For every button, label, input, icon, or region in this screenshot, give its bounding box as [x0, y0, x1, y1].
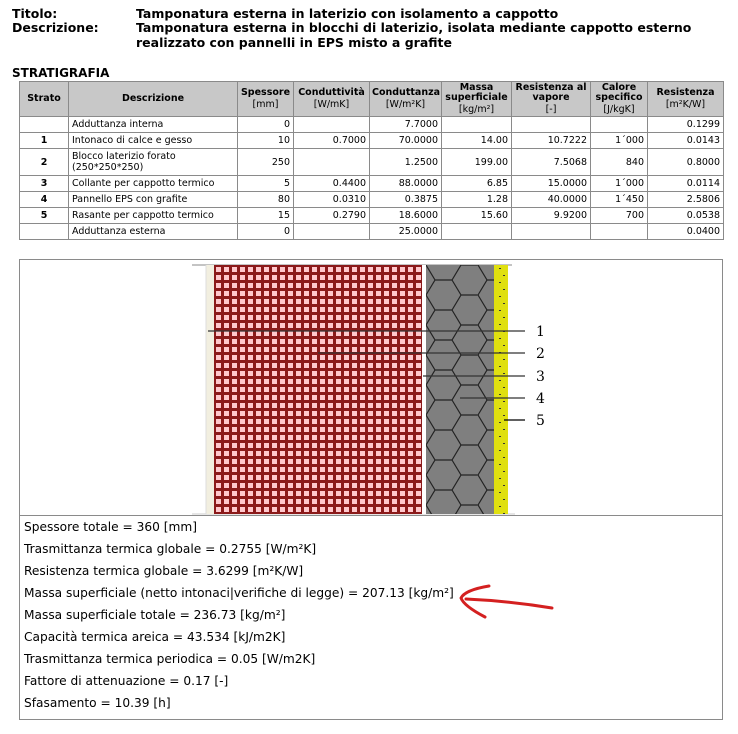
title-label: Titolo:: [12, 7, 57, 21]
cell-strato: 5: [20, 208, 69, 224]
cell-descrizione: Adduttanza esterna: [69, 224, 238, 240]
layer-label: 5: [536, 413, 545, 429]
cell-strato: [20, 224, 69, 240]
result-line: Resistenza termica globale = 3.6299 [m²K…: [24, 564, 303, 578]
column-header: Calore specifico[J/kgK]: [591, 82, 648, 117]
column-label: Resistenza al vapore: [516, 82, 587, 103]
cell-conduttanza: 88.0000: [370, 176, 442, 192]
description-line-2: realizzato con pannelli in EPS misto a g…: [136, 36, 726, 50]
cell-res-vapore: [512, 224, 591, 240]
result-line: Spessore totale = 360 [mm]: [24, 520, 197, 534]
cell-conduttanza: 70.0000: [370, 133, 442, 149]
cell-strato: 1: [20, 133, 69, 149]
result-line: Trasmittanza termica globale = 0.2755 [W…: [24, 542, 316, 556]
cell-resistenza: 0.0538: [648, 208, 724, 224]
column-label: Strato: [27, 93, 61, 104]
column-label: Calore specifico: [596, 82, 643, 103]
cell-conduttanza: 7.7000: [370, 117, 442, 133]
column-header: Descrizione: [69, 82, 238, 117]
stratigraphy-diagram: 12345: [19, 259, 723, 516]
cell-resistenza: 2.5806: [648, 192, 724, 208]
cell-spessore: 80: [238, 192, 294, 208]
cell-conduttivita: 0.7000: [294, 133, 370, 149]
column-header: Conduttività[W/mK]: [294, 82, 370, 117]
table-header-row: StratoDescrizioneSpessore[mm]Conduttivit…: [20, 82, 724, 117]
cell-calore: 840: [591, 149, 648, 176]
result-line: Capacità termica areica = 43.534 [kJ/m2K…: [24, 630, 285, 644]
column-label: Massa superficiale: [445, 82, 507, 103]
cell-descrizione: Pannello EPS con grafite: [69, 192, 238, 208]
column-unit: [mm]: [240, 100, 291, 110]
title-value: Tamponatura esterna in laterizio con iso…: [136, 7, 726, 21]
table-row: Adduttanza esterna025.00000.0400: [20, 224, 724, 240]
column-header: Strato: [20, 82, 69, 117]
cell-resistenza: 0.0400: [648, 224, 724, 240]
cell-calore: 700: [591, 208, 648, 224]
column-unit: [J/kgK]: [593, 105, 645, 115]
stratigraphy-table: StratoDescrizioneSpessore[mm]Conduttivit…: [19, 81, 724, 240]
cell-strato: [20, 117, 69, 133]
column-unit: [W/m²K]: [372, 100, 439, 110]
table-row: 2Blocco laterizio forato (250*250*250)25…: [20, 149, 724, 176]
table-row: 1Intonaco di calce e gesso100.700070.000…: [20, 133, 724, 149]
column-label: Conduttività: [298, 87, 365, 98]
cell-calore: 1´000: [591, 133, 648, 149]
results-panel: Spessore totale = 360 [mm]Trasmittanza t…: [19, 515, 723, 720]
table-row: 5Rasante per cappotto termico150.279018.…: [20, 208, 724, 224]
table-row: 3Collante per cappotto termico50.440088.…: [20, 176, 724, 192]
table-row: 4Pannello EPS con grafite800.03100.38751…: [20, 192, 724, 208]
cell-conduttivita: [294, 224, 370, 240]
cell-resistenza: 0.1299: [648, 117, 724, 133]
column-header: Spessore[mm]: [238, 82, 294, 117]
column-header: Resistenza al vapore[-]: [512, 82, 591, 117]
cell-res-vapore: 40.0000: [512, 192, 591, 208]
cell-conduttivita: 0.4400: [294, 176, 370, 192]
column-unit: [m²K/W]: [650, 100, 721, 110]
column-label: Descrizione: [122, 93, 184, 104]
cell-conduttanza: 1.2500: [370, 149, 442, 176]
cell-res-vapore: [512, 117, 591, 133]
column-unit: [kg/m²]: [444, 105, 509, 115]
column-unit: [-]: [514, 105, 588, 115]
description-label: Descrizione:: [12, 21, 99, 35]
column-label: Spessore: [241, 87, 290, 98]
cell-calore: [591, 117, 648, 133]
cell-massa: [442, 224, 512, 240]
cell-spessore: 0: [238, 224, 294, 240]
cell-conduttivita: 0.0310: [294, 192, 370, 208]
cell-calore: 1´000: [591, 176, 648, 192]
cell-massa: [442, 117, 512, 133]
cell-resistenza: 0.0114: [648, 176, 724, 192]
cell-spessore: 250: [238, 149, 294, 176]
description-line-1: Tamponatura esterna in blocchi di lateri…: [136, 21, 726, 35]
cell-conduttivita: [294, 117, 370, 133]
cell-massa: 14.00: [442, 133, 512, 149]
cell-spessore: 15: [238, 208, 294, 224]
column-label: Conduttanza: [372, 87, 440, 98]
cell-conduttanza: 0.3875: [370, 192, 442, 208]
layer-label: 2: [536, 346, 545, 362]
cell-calore: 1´450: [591, 192, 648, 208]
layer-label: 1: [536, 324, 545, 340]
column-header: Massa superficiale[kg/m²]: [442, 82, 512, 117]
cell-descrizione: Adduttanza interna: [69, 117, 238, 133]
section-title: STRATIGRAFIA: [12, 66, 109, 80]
cell-massa: 15.60: [442, 208, 512, 224]
cell-strato: 2: [20, 149, 69, 176]
column-header: Resistenza[m²K/W]: [648, 82, 724, 117]
result-line: Sfasamento = 10.39 [h]: [24, 696, 171, 710]
result-line: Massa superficiale (netto intonaci|verif…: [24, 586, 454, 600]
cell-conduttanza: 25.0000: [370, 224, 442, 240]
cell-massa: 199.00: [442, 149, 512, 176]
cell-spessore: 10: [238, 133, 294, 149]
cell-conduttivita: [294, 149, 370, 176]
layer-label: 3: [536, 369, 545, 385]
cell-strato: 4: [20, 192, 69, 208]
cell-res-vapore: 10.7222: [512, 133, 591, 149]
cell-descrizione: Blocco laterizio forato (250*250*250): [69, 149, 238, 176]
cell-resistenza: 0.0143: [648, 133, 724, 149]
cell-descrizione: Rasante per cappotto termico: [69, 208, 238, 224]
cell-conduttanza: 18.6000: [370, 208, 442, 224]
cell-spessore: 5: [238, 176, 294, 192]
column-header: Conduttanza[W/m²K]: [370, 82, 442, 117]
cell-descrizione: Collante per cappotto termico: [69, 176, 238, 192]
cell-spessore: 0: [238, 117, 294, 133]
cell-strato: 3: [20, 176, 69, 192]
cell-res-vapore: 15.0000: [512, 176, 591, 192]
table-row: Adduttanza interna07.70000.1299: [20, 117, 724, 133]
wall-section-drawing: 12345: [20, 260, 722, 516]
result-line: Trasmittanza termica periodica = 0.05 [W…: [24, 652, 315, 666]
column-label: Resistenza: [656, 87, 714, 98]
cell-descrizione: Intonaco di calce e gesso: [69, 133, 238, 149]
cell-massa: 1.28: [442, 192, 512, 208]
result-line: Massa superficiale totale = 236.73 [kg/m…: [24, 608, 285, 622]
cell-calore: [591, 224, 648, 240]
cell-res-vapore: 7.5068: [512, 149, 591, 176]
result-line: Fattore di attenuazione = 0.17 [-]: [24, 674, 228, 688]
cell-massa: 6.85: [442, 176, 512, 192]
cell-resistenza: 0.8000: [648, 149, 724, 176]
cell-conduttivita: 0.2790: [294, 208, 370, 224]
layer-label: 4: [536, 391, 545, 407]
cell-res-vapore: 9.9200: [512, 208, 591, 224]
column-unit: [W/mK]: [296, 100, 367, 110]
